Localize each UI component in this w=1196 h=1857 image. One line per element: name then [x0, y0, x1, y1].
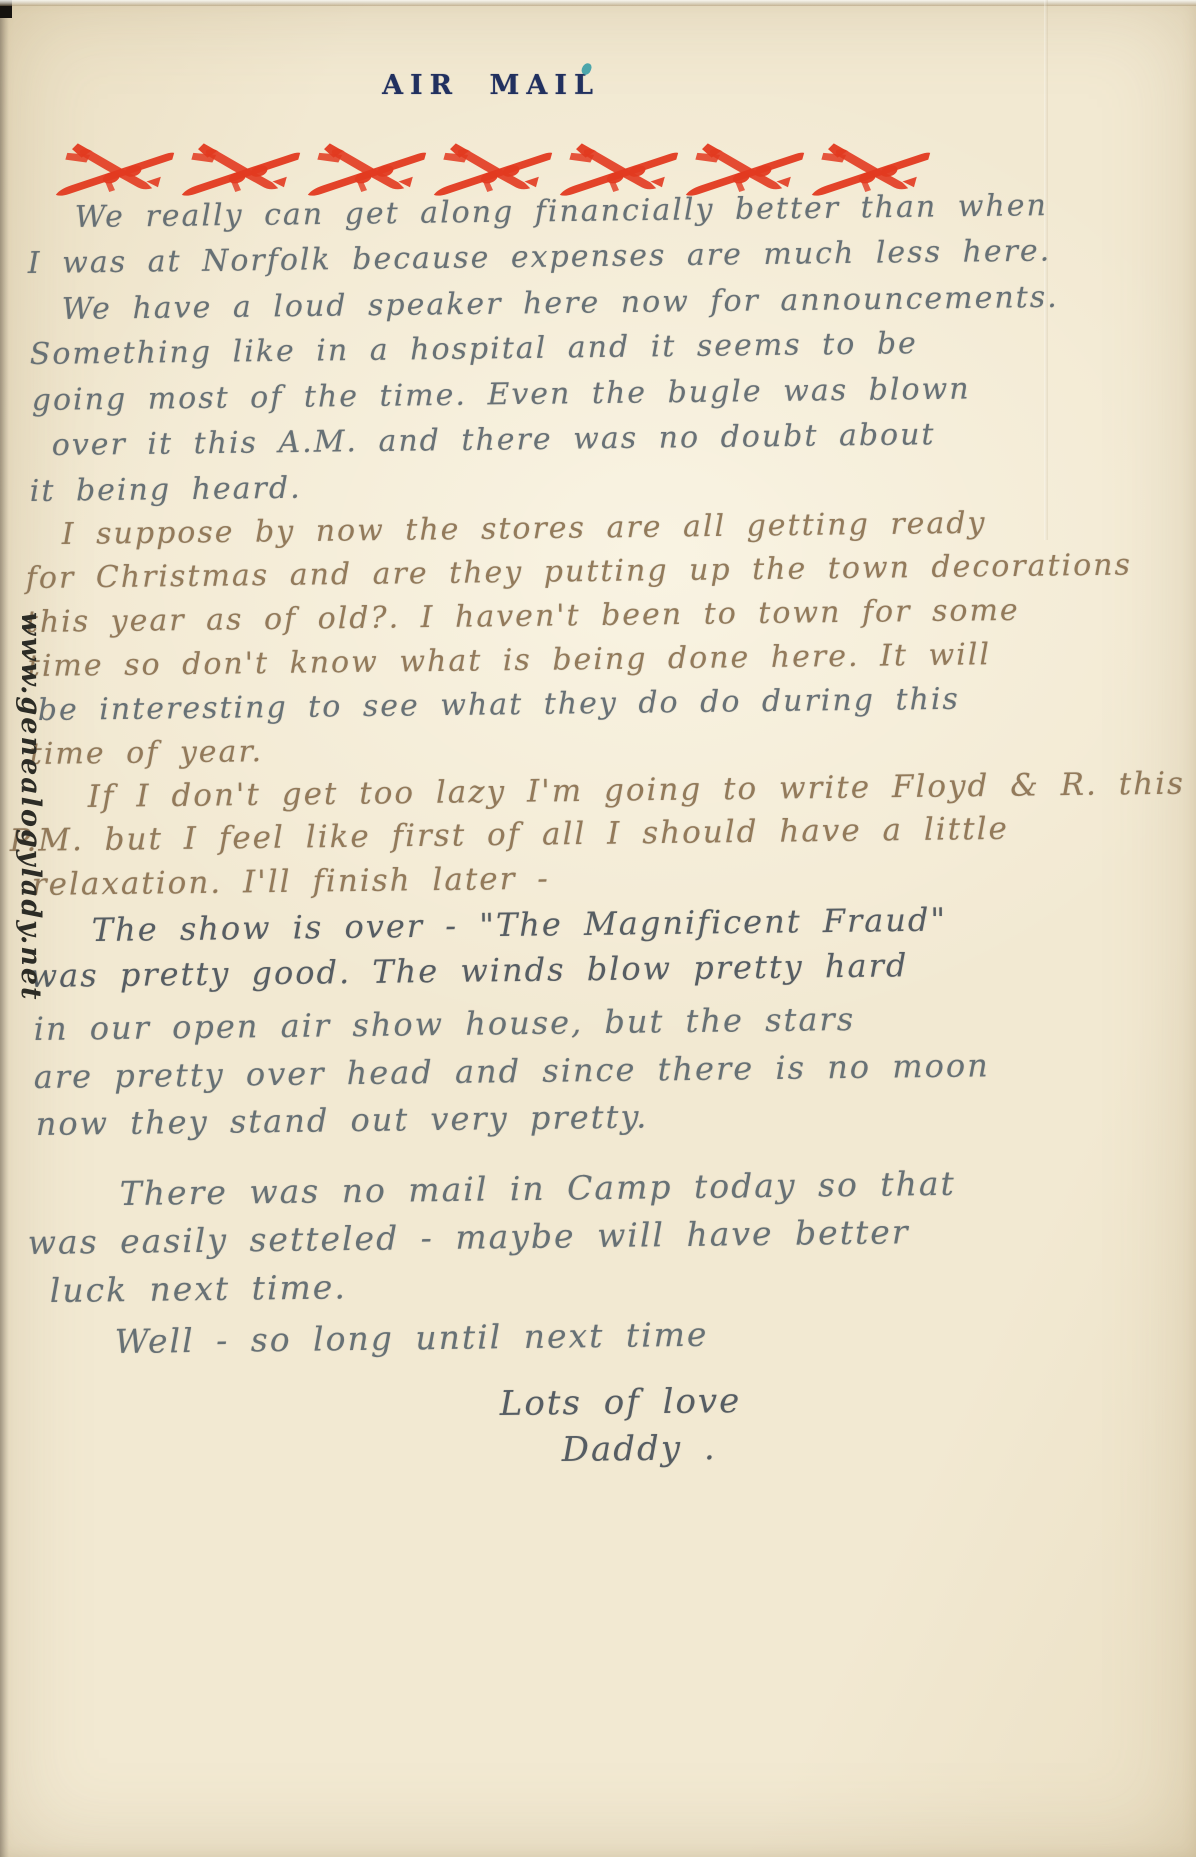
letter-line: luck next time. [50, 1267, 348, 1310]
letter-line: for Christmas and are they putting up th… [26, 547, 1133, 596]
letter-line: time of year. [30, 734, 264, 772]
signature-line: Daddy . [562, 1428, 717, 1470]
letter-line: in our open air show house, but the star… [34, 1000, 856, 1048]
letter-line: be interesting to see what they do do du… [38, 682, 960, 728]
letter-line: going most of the time. Even the bugle w… [32, 372, 971, 418]
letter-line: P.M. but I feel like first of all I shou… [10, 811, 1010, 859]
letter-line: was easily setteled - maybe will have be… [28, 1212, 910, 1262]
letter-page: AIR MAIL We really can get along financi… [0, 0, 1196, 1857]
letter-line: We have a loud speaker here now for anno… [62, 280, 1059, 327]
letter-line: Well - so long until next time [115, 1315, 709, 1361]
letter-line: Something like in a hospital and it seem… [30, 326, 918, 372]
letter-line: I was at Norfolk because expenses are mu… [28, 233, 1052, 281]
letter-body: We really can get along financially bett… [0, 0, 1196, 1857]
letter-line: over it this A.M. and there was no doubt… [52, 417, 936, 463]
letter-line: The show is over - "The Magnificent Frau… [92, 901, 948, 949]
letter-line: this year as of old?. I haven't been to … [26, 593, 1020, 640]
letter-line: are pretty over head and since there is … [34, 1046, 990, 1096]
watermark-text: www.genealogylady.net [15, 612, 46, 1002]
letter-line: There was no mail in Camp today so that [120, 1164, 956, 1213]
closing-line: Lots of love [500, 1381, 742, 1424]
letter-line: We really can get along financially bett… [75, 188, 1048, 235]
letter-line: was pretty good. The winds blow pretty h… [30, 946, 909, 995]
letter-line: If I don't get too lazy I'm going to wri… [88, 766, 1186, 815]
letter-line: I suppose by now the stores are all gett… [62, 506, 987, 552]
letter-line: time so don't know what is being done he… [28, 637, 992, 684]
letter-line: relaxation. I'll finish later - [32, 861, 550, 903]
letter-line: it being heard. [30, 471, 302, 509]
letter-line: now they stand out very pretty. [36, 1098, 649, 1143]
